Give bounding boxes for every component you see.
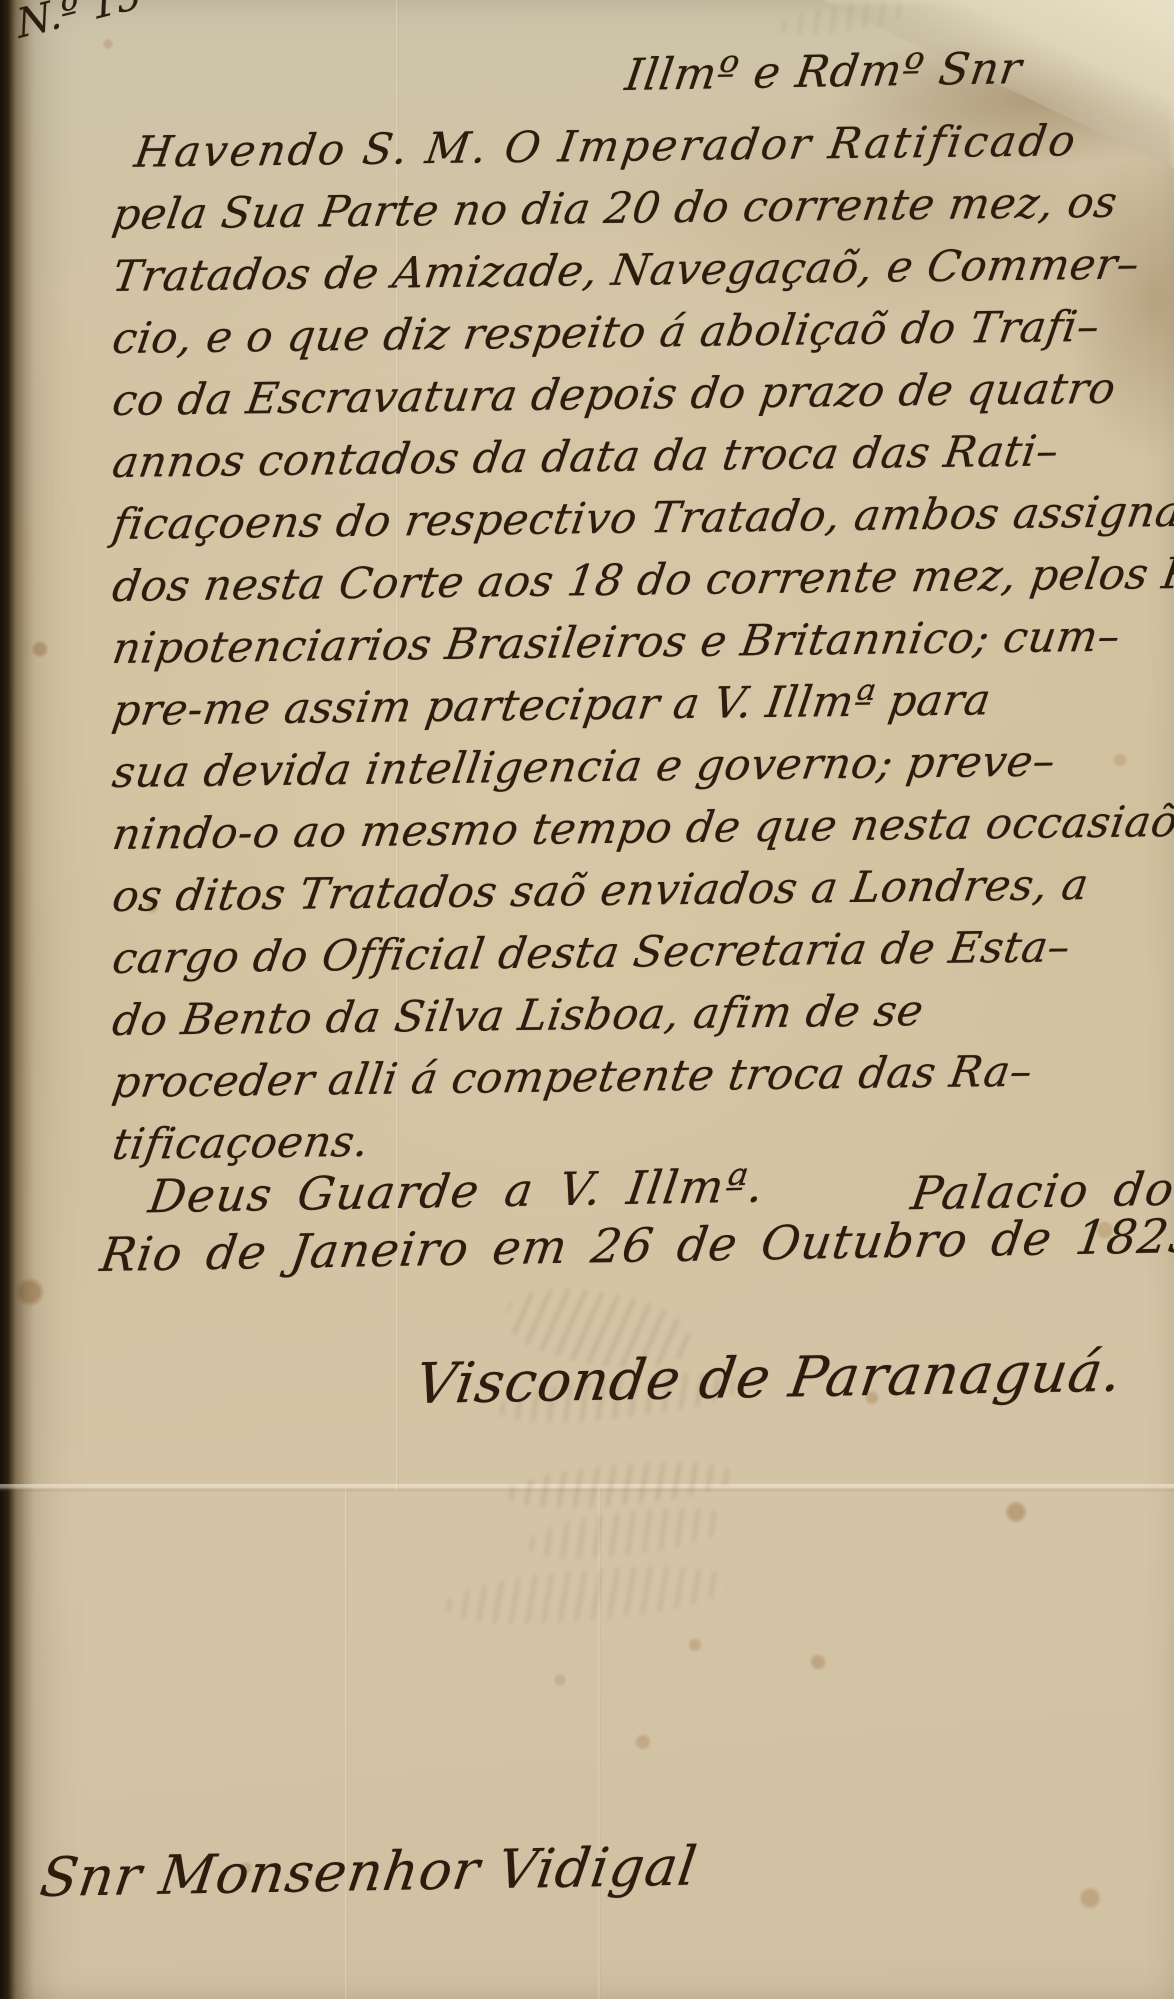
closing-valediction: Deus Guarde a V. Illmª.	[145, 1159, 768, 1224]
salutation: Illmº e Rdmº Snr	[622, 43, 1025, 101]
closing-line: Deus Guarde a V. Illmª. Palacio do	[150, 1164, 1174, 1218]
manuscript-page: N.º 15 Illmº e Rdmº Snr Havendo S. M. O …	[0, 0, 1174, 1999]
fold-crease-vertical-lower-left	[345, 1488, 348, 1999]
book-gutter-shadow	[0, 0, 34, 1999]
addressee-line: Snr Monsenhor Vidigal	[36, 1835, 701, 1909]
fold-crease-vertical-lower-right	[598, 1488, 601, 1999]
manuscript-body: Havendo S. M. O Imperador Ratificadopela…	[112, 122, 1170, 1176]
signature: Visconde de Paranaguá.	[411, 1340, 1126, 1417]
